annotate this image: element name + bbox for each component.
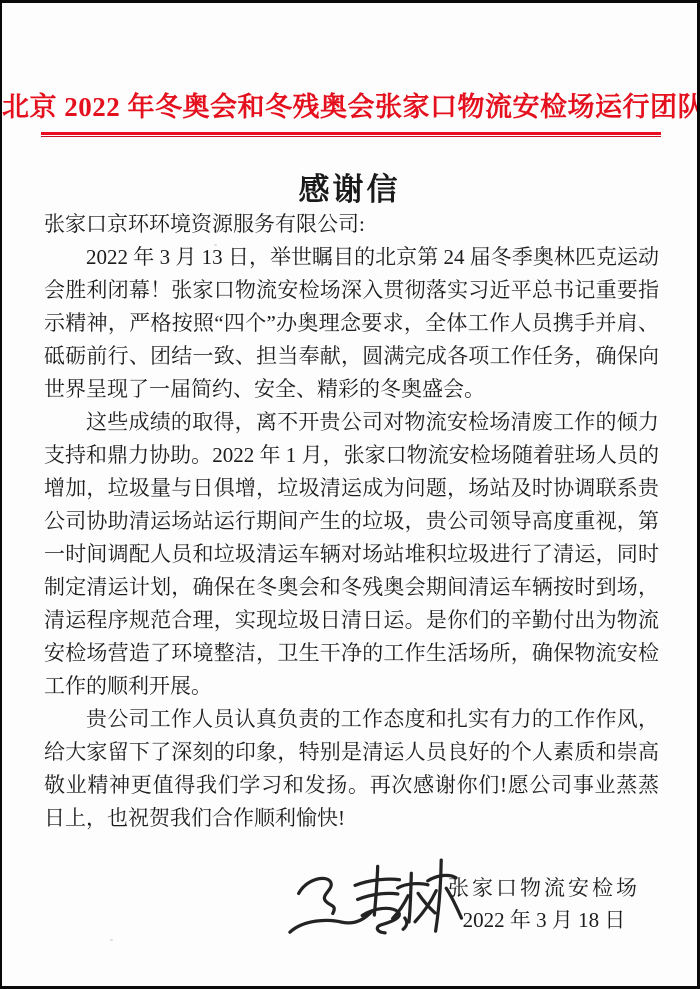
scan-noise-dot: [558, 104, 561, 106]
paragraph-1: 2022 年 3 月 13 日，举世瞩目的北京第 24 届冬季奥林匹克运动会胜利…: [44, 241, 659, 406]
signature-date: 2022 年 3 月 18 日: [448, 904, 640, 936]
document-header-title: 北京 2022 年冬奥会和冬残奥会张家口物流安检场运行团队: [2, 85, 697, 124]
signature-organization: 张家口物流安检场: [448, 872, 640, 904]
signature-block: 张家口物流安检场 2022 年 3 月 18 日: [448, 872, 640, 936]
letter-title: 感谢信: [2, 164, 697, 209]
paragraph-3: 贵公司工作人员认真负责的工作态度和扎实有力的工作作风，给大家留下了深刻的印象，特…: [44, 703, 659, 835]
paragraph-2: 这些成绩的取得，离不开贵公司对物流安检场清废工作的倾力支持和鼎力协助。2022 …: [44, 406, 659, 703]
divider-thin-line: [41, 136, 661, 137]
scanned-letter-page: 北京 2022 年冬奥会和冬残奥会张家口物流安检场运行团队 感谢信 张家口京环环…: [2, 3, 697, 986]
scan-noise-dot: [110, 939, 113, 941]
letter-body: 张家口京环环境资源服务有限公司: 2022 年 3 月 13 日，举世瞩目的北京…: [44, 208, 659, 835]
divider-thick-line: [41, 132, 661, 135]
scan-noise-dot: [214, 244, 217, 246]
handwritten-signature: [281, 851, 465, 961]
salutation: 张家口京环环境资源服务有限公司:: [44, 208, 659, 241]
header-divider: [41, 132, 661, 137]
